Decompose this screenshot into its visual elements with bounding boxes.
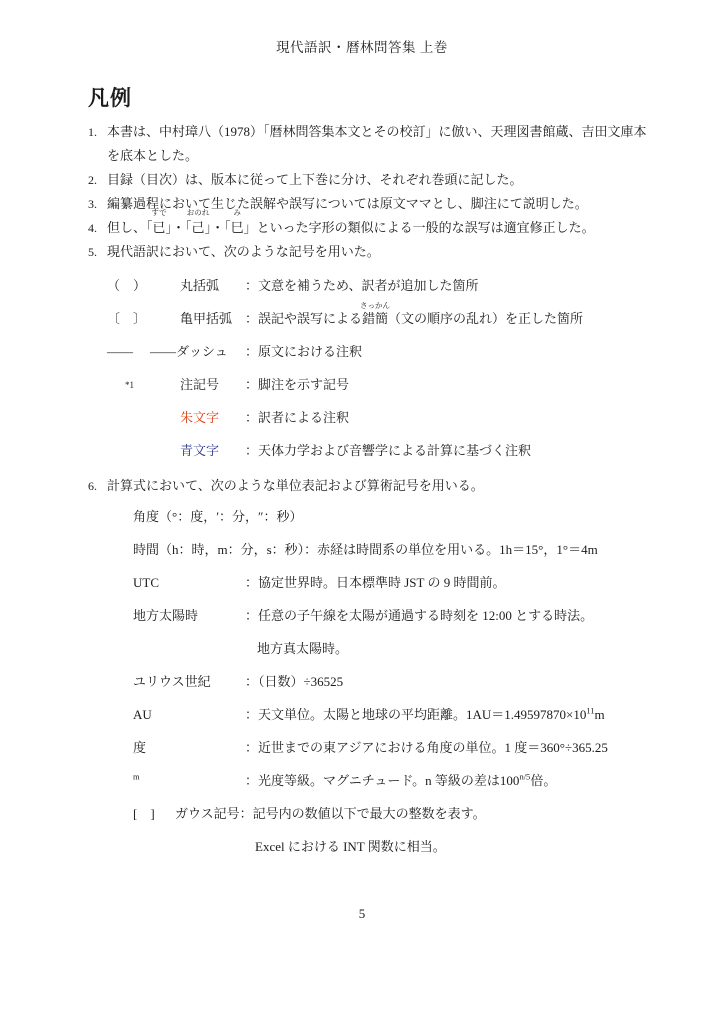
list-marker: 6.: [88, 474, 107, 498]
note-item-4: 4. 但し、「已すで」・「己おのれ」・「巳み」といった字形の類似による一般的な誤…: [88, 216, 654, 240]
superscript-m: m: [133, 772, 140, 782]
page-content: 凡例 1. 本書は、中村璋八（1978）「暦林問答集本文とその校訂」に倣い、天理…: [0, 82, 724, 857]
ruby-base: 錯簡: [362, 311, 388, 326]
symbol-desc: ：訳者による注釈: [245, 408, 654, 428]
symbol-name-red: 朱文字: [180, 408, 245, 428]
unit-desc: ：天文単位。太陽と地球の平均距離。1AU＝1.49597870×1011m: [245, 705, 654, 725]
unit-row-magnitude: m ：光度等級。マグニチュード。n 等級の差は100n/5倍。: [133, 771, 654, 791]
unit-desc-line2: 地方真太陽時。: [257, 639, 654, 659]
symbol-desc: ：脚注を示す記号: [245, 375, 654, 395]
unit-row-julian-century: ユリウス世紀 ：（日数）÷36525: [133, 672, 654, 692]
symbol-desc: ：天体力学および音響学による計算に基づく注釈: [245, 441, 654, 461]
page-number: 5: [0, 906, 724, 922]
ruby-base: 已: [153, 220, 166, 235]
unit-desc-segment: m: [595, 707, 605, 722]
unit-desc: ：光度等級。マグニチュード。n 等級の差は100n/5倍。: [245, 771, 654, 791]
gauss-desc: ：記号内の数値以下で最大の整数を表す。: [240, 804, 486, 824]
note-text-segment: 但し、「: [107, 220, 153, 235]
symbol-row-red-text: 朱文字 ：訳者による注釈: [107, 408, 654, 428]
unit-desc-line1: ：任意の子午線を太陽が通過する時刻を 12:00 とする時法。: [245, 608, 593, 623]
symbol-name-blue: 青文字: [180, 441, 245, 461]
list-marker: 1.: [88, 120, 107, 168]
ruby-furigana: み: [233, 209, 241, 217]
superscript-exponent: 11: [586, 706, 594, 716]
unit-desc-segment: ：天文単位。太陽と地球の平均距離。1AU＝1.49597870×10: [245, 707, 586, 722]
note-text: 目録（目次）は、版本に従って上下巻に分け、それぞれ巻頭に記した。: [107, 168, 654, 192]
symbol-row-parentheses: （ ） 丸括弧 ：文意を補うため、訳者が追加した箇所: [107, 276, 654, 296]
symbol-desc-segment: （文の順序の乱れ）を正した箇所: [388, 311, 583, 326]
unit-row-local-solar-time: 地方太陽時 ：任意の子午線を太陽が通過する時刻を 12:00 とする時法。地方真…: [133, 606, 654, 659]
section-title: 凡例: [88, 82, 654, 112]
ruby-furigana: すで: [151, 209, 166, 217]
ruby-kanji: 己おのれ: [192, 216, 205, 240]
unit-term: 地方太陽時: [133, 606, 245, 659]
note-item-6: 6. 計算式において、次のような単位表記および算術記号を用いる。: [88, 474, 654, 498]
note-text: 但し、「已すで」・「己おのれ」・「巳み」といった字形の類似による一般的な誤写は適…: [107, 216, 654, 240]
note-item-2: 2. 目録（目次）は、版本に従って上下巻に分け、それぞれ巻頭に記した。: [88, 168, 654, 192]
note-text: 本書は、中村璋八（1978）「暦林問答集本文とその校訂」に倣い、天理図書館蔵、吉…: [107, 120, 654, 168]
symbol-row-footnote-mark: *1 注記号 ：脚注を示す記号: [107, 375, 654, 395]
note-item-5: 5. 現代語訳において、次のような記号を用いた。: [88, 240, 654, 264]
list-marker: 4.: [88, 216, 107, 240]
unit-desc-segment: 倍。: [530, 773, 556, 788]
symbol-row-tortoise-brackets: 〔 〕 亀甲括弧 ：誤記や誤写による錯簡さっかん（文の順序の乱れ）を正した箇所: [107, 309, 654, 329]
superscript-exponent: n/5: [519, 772, 530, 782]
list-marker: 5.: [88, 240, 107, 264]
ruby-kanji: 錯簡さっかん: [362, 309, 388, 329]
gauss-excel-note: Excel における INT 関数に相当。: [255, 837, 654, 857]
footnote-mark-glyph: *1: [107, 375, 180, 395]
unit-term: ユリウス世紀: [133, 672, 245, 692]
unit-term: 度: [133, 738, 245, 758]
note-text-segment: 」・「: [166, 220, 192, 235]
unit-row-utc: UTC ：協定世界時。日本標準時 JST の 9 時間前。: [133, 573, 654, 593]
ruby-base: 巳: [231, 220, 244, 235]
gauss-bracket-glyph: [ ]: [133, 804, 175, 824]
gauss-name: ガウス記号: [175, 804, 240, 824]
unit-term-magnitude: m: [133, 771, 245, 791]
unit-term: UTC: [133, 573, 245, 593]
symbol-desc: ：誤記や誤写による錯簡さっかん（文の順序の乱れ）を正した箇所: [245, 309, 654, 329]
ruby-furigana: おのれ: [187, 209, 210, 217]
symbol-name: 亀甲括弧: [180, 309, 245, 329]
symbol-glyph: 〔 〕: [107, 309, 180, 329]
list-marker: 2.: [88, 168, 107, 192]
note-item-1: 1. 本書は、中村璋八（1978）「暦林問答集本文とその校訂」に倣い、天理図書館…: [88, 120, 654, 168]
page-header: 現代語訳・暦林問答集 上巻: [0, 0, 724, 56]
unit-desc: ：協定世界時。日本標準時 JST の 9 時間前。: [245, 573, 654, 593]
note-item-3: 3. 編纂過程において生じた誤解や誤写については原文ママとし、脚注にて説明した。: [88, 192, 654, 216]
unit-desc: ：任意の子午線を太陽が通過する時刻を 12:00 とする時法。地方真太陽時。: [245, 606, 654, 659]
unit-row-au: AU ：天文単位。太陽と地球の平均距離。1AU＝1.49597870×1011m: [133, 705, 654, 725]
symbol-row-blue-text: 青文字 ：天体力学および音響学による計算に基づく注釈: [107, 441, 654, 461]
symbol-desc-segment: ：誤記や誤写による: [245, 311, 362, 326]
unit-row-do-degree: 度 ：近世までの東アジアにおける角度の単位。1 度＝360°÷365.25: [133, 738, 654, 758]
note-text: 現代語訳において、次のような記号を用いた。: [107, 240, 654, 264]
symbol-desc: ：原文における注釈: [245, 342, 654, 362]
symbol-glyph: （ ）: [107, 276, 180, 296]
units-legend-table: 角度（°：度，′：分，″：秒） 時間（h：時，m：分，s：秒）：赤経は時間系の単…: [133, 507, 654, 857]
unit-term: AU: [133, 705, 245, 725]
unit-desc: ：（日数）÷36525: [245, 672, 654, 692]
symbol-legend-table: （ ） 丸括弧 ：文意を補うため、訳者が追加した箇所 〔 〕 亀甲括弧 ：誤記や…: [107, 276, 654, 461]
symbol-row-dash: —— ——ダッシュ ：原文における注釈: [107, 342, 654, 362]
note-text-segment: 」・「: [205, 220, 231, 235]
ruby-kanji: 巳み: [231, 216, 244, 240]
unit-desc: ：近世までの東アジアにおける角度の単位。1 度＝360°÷365.25: [245, 738, 654, 758]
unit-row-gauss: [ ] ガウス記号 ：記号内の数値以下で最大の整数を表す。: [133, 804, 654, 824]
ruby-kanji: 已すで: [153, 216, 166, 240]
symbol-name: 注記号: [180, 375, 245, 395]
unit-desc-segment: ：光度等級。マグニチュード。n 等級の差は100: [245, 773, 519, 788]
dash-glyph: ——: [107, 342, 150, 362]
ruby-furigana: さっかん: [360, 302, 390, 310]
symbol-name: ——ダッシュ: [150, 342, 245, 362]
unit-line-time: 時間（h：時，m：分，s：秒）：赤経は時間系の単位を用いる。1h＝15°，1°＝…: [133, 540, 654, 560]
symbol-glyph: [107, 408, 180, 428]
list-marker: 3.: [88, 192, 107, 216]
symbol-glyph: [107, 441, 180, 461]
note-text: 計算式において、次のような単位表記および算術記号を用いる。: [107, 474, 654, 498]
document-page: 現代語訳・暦林問答集 上巻 凡例 1. 本書は、中村璋八（1978）「暦林問答集…: [0, 0, 724, 1024]
symbol-desc: ：文意を補うため、訳者が追加した箇所: [245, 276, 654, 296]
unit-line-angle: 角度（°：度，′：分，″：秒）: [133, 507, 654, 527]
note-text-segment: 」といった字形の類似による一般的な誤写は適宜修正した。: [244, 220, 595, 235]
symbol-name: 丸括弧: [180, 276, 245, 296]
ruby-base: 己: [192, 220, 205, 235]
